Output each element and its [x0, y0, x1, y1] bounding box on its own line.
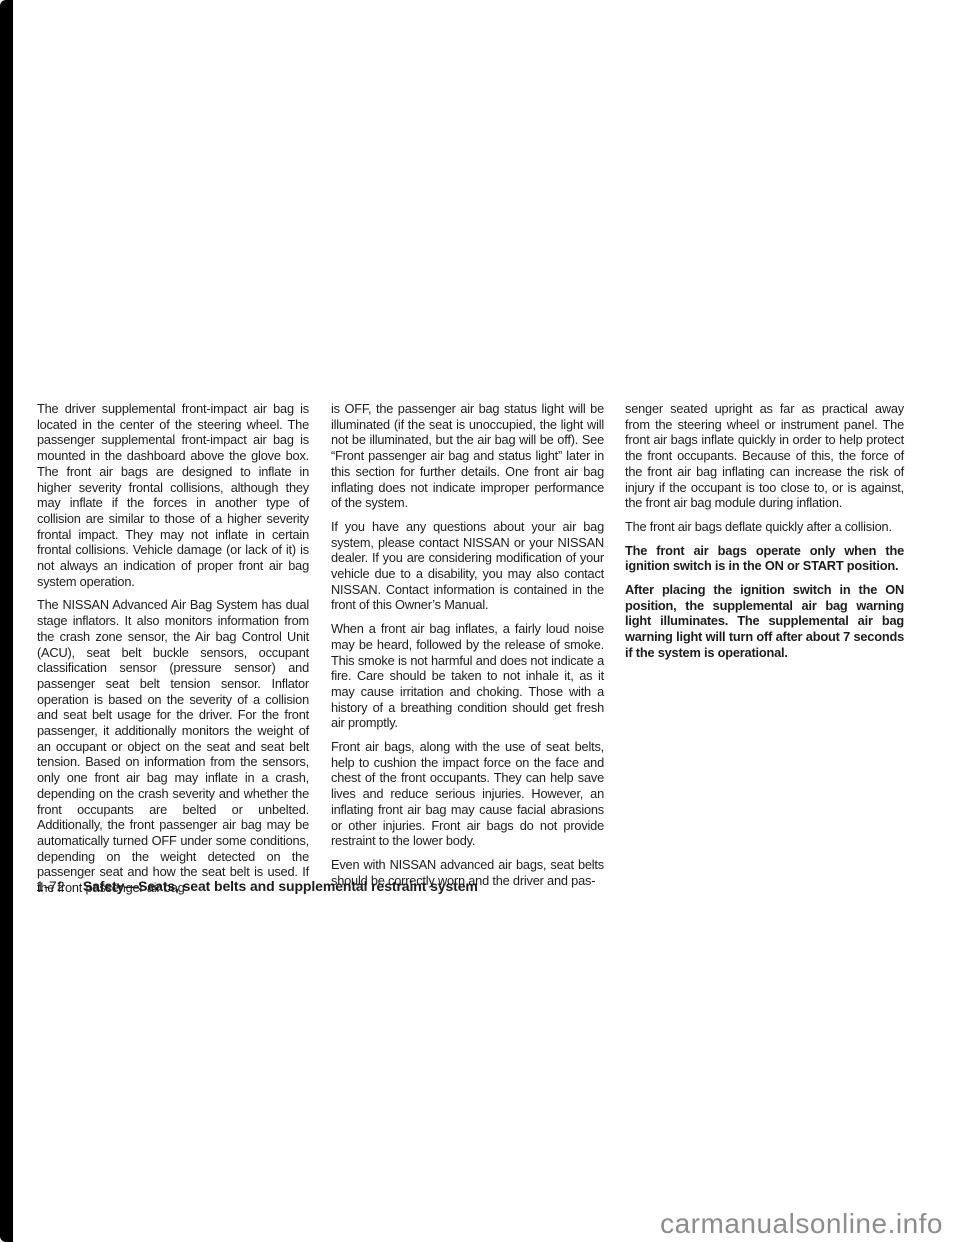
manual-page: The driver supplemental front-impact air… [0, 0, 960, 1242]
paragraph: The driver supplemental front-impact air… [37, 401, 309, 589]
paragraph: senger seated upright as far as practica… [625, 401, 904, 511]
paragraph: When a front air bag inflates, a fairly … [331, 621, 604, 731]
paragraph: The front air bags deflate quickly after… [625, 519, 904, 535]
paragraph: The NISSAN Advanced Air Bag System has d… [37, 597, 309, 895]
paragraph: is OFF, the passenger air bag status lig… [331, 401, 604, 511]
page-number: 1-72 [36, 878, 65, 894]
text-column-3: senger seated upright as far as practica… [625, 401, 904, 669]
watermark: carmanualsonline.info [660, 1208, 943, 1240]
text-column-2: is OFF, the passenger air bag status lig… [331, 401, 604, 896]
page-footer: 1-72Safety—Seats, seat belts and supplem… [36, 878, 478, 895]
paragraph: If you have any questions about your air… [331, 519, 604, 613]
section-title: Safety—Seats, seat belts and supplementa… [83, 878, 478, 894]
paragraph: Front air bags, along with the use of se… [331, 739, 604, 849]
scan-edge-bar [0, 0, 13, 1242]
paragraph-bold-warning: After placing the ignition switch in the… [625, 582, 904, 661]
text-column-1: The driver supplemental front-impact air… [37, 401, 309, 904]
paragraph-bold-warning: The front air bags operate only when the… [625, 543, 904, 574]
